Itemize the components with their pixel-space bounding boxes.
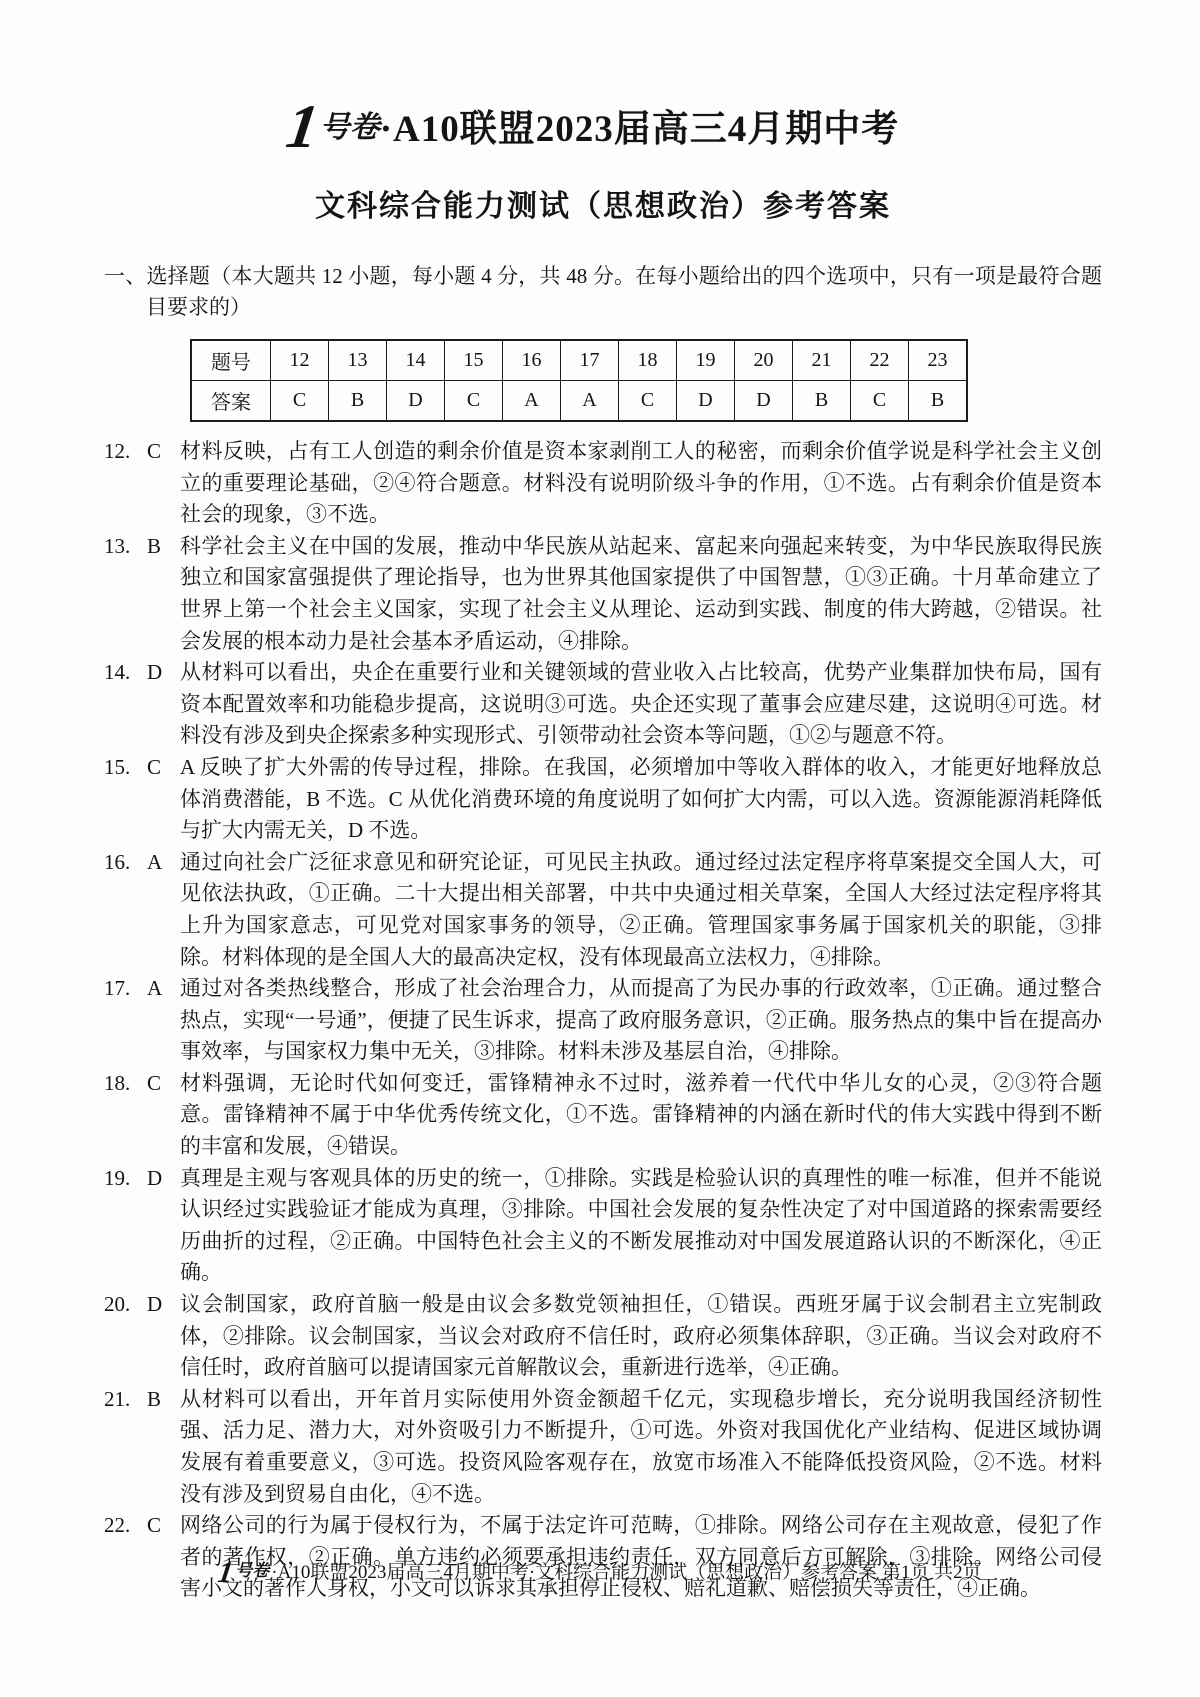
- explanation-number: 20.: [104, 1289, 147, 1384]
- answer-row: 答案 C B D C A A C D D B C B: [191, 381, 967, 422]
- explanation-answer: B: [147, 1384, 180, 1510]
- answer-cell: B: [793, 381, 851, 422]
- explanation-answer: D: [147, 657, 180, 752]
- explanation-text: 材料强调，无论时代如何变迁，雷锋精神永不过时，滋养着一代代中华儿女的心灵，②③符…: [180, 1068, 1102, 1163]
- explanation-list: 12. C 材料反映，占有工人创造的剩余价值是资本家剥削工人的秘密，而剩余价值学…: [104, 436, 1102, 1605]
- answer-cell: D: [677, 381, 735, 422]
- question-number-cell: 12: [271, 340, 329, 381]
- footer-logo-numeral: 1: [216, 1556, 236, 1590]
- explanation-answer: C: [147, 752, 180, 847]
- explanation-number: 15.: [104, 752, 147, 847]
- explanation-item: 16. A 通过向社会广泛征求意见和研究论证，可见民主执政。通过经过法定程序将草…: [104, 847, 1102, 973]
- explanation-text: 材料反映，占有工人创造的剩余价值是资本家剥削工人的秘密，而剩余价值学说是科学社会…: [180, 436, 1102, 531]
- question-number-row: 题号 12 13 14 15 16 17 18 19 20 21 22 23: [191, 340, 967, 381]
- footer-text: ·A10联盟2023届高三4月期中考·文科综合能力测试（思想政治）参考答案 第1…: [271, 1562, 981, 1583]
- explanation-number: 13.: [104, 531, 147, 657]
- explanation-answer: C: [147, 436, 180, 531]
- explanation-number: 14.: [104, 657, 147, 752]
- answer-cell: C: [851, 381, 909, 422]
- question-number-cell: 17: [561, 340, 619, 381]
- explanation-number: 21.: [104, 1384, 147, 1510]
- section-heading: 一、选择题（本大题共 12 小题，每小题 4 分，共 48 分。在每小题给出的四…: [104, 261, 1102, 323]
- answer-cell: B: [329, 381, 387, 422]
- footer-logo-text: 号卷: [235, 1556, 269, 1581]
- explanation-number: 17.: [104, 973, 147, 1068]
- answer-cell: C: [445, 381, 503, 422]
- answer-cell: A: [561, 381, 619, 422]
- explanation-text: A 反映了扩大外需的传导过程，排除。在我国，必须增加中等收入群体的收入，才能更好…: [180, 752, 1102, 847]
- explanation-answer: D: [147, 1289, 180, 1384]
- question-number-cell: 23: [909, 340, 968, 381]
- explanation-item: 21. B 从材料可以看出，开年首月实际使用外资金额超千亿元，实现稳步增长，充分…: [104, 1384, 1102, 1510]
- answer-cell: C: [271, 381, 329, 422]
- explanation-text: 真理是主观与客观具体的历史的统一，①排除。实践是检验认识的真理性的唯一标准，但并…: [180, 1163, 1102, 1289]
- explanation-item: 12. C 材料反映，占有工人创造的剩余价值是资本家剥削工人的秘密，而剩余价值学…: [104, 436, 1102, 531]
- brand-logo-text: 号卷: [320, 102, 380, 146]
- brand-logo-numeral: 1: [282, 92, 323, 163]
- question-number-cell: 20: [735, 340, 793, 381]
- question-number-cell: 15: [445, 340, 503, 381]
- page-footer: 1号卷·A10联盟2023届高三4月期中考·文科综合能力测试（思想政治）参考答案…: [0, 1556, 1200, 1590]
- page-title-text: ·A10联盟2023届高三4月期中考: [380, 109, 900, 150]
- explanation-item: 20. D 议会制国家，政府首脑一般是由议会多数党领袖担任，①错误。西班牙属于议…: [104, 1289, 1102, 1384]
- explanation-item: 19. D 真理是主观与客观具体的历史的统一，①排除。实践是检验认识的真理性的唯…: [104, 1163, 1102, 1289]
- explanation-answer: A: [147, 847, 180, 973]
- question-number-cell: 13: [329, 340, 387, 381]
- explanation-text: 科学社会主义在中国的发展，推动中华民族从站起来、富起来向强起来转变，为中华民族取…: [180, 531, 1102, 657]
- explanation-number: 19.: [104, 1163, 147, 1289]
- question-number-cell: 21: [793, 340, 851, 381]
- page-subtitle: 文科综合能力测试（思想政治）参考答案: [104, 181, 1102, 225]
- explanation-number: 18.: [104, 1068, 147, 1163]
- question-number-cell: 14: [387, 340, 445, 381]
- explanation-number: 12.: [104, 436, 147, 531]
- row-label: 题号: [191, 340, 271, 381]
- explanation-item: 17. A 通过对各类热线整合，形成了社会治理合力，从而提高了为民办事的行政效率…: [104, 973, 1102, 1068]
- explanation-answer: D: [147, 1163, 180, 1289]
- explanation-answer: B: [147, 531, 180, 657]
- explanation-answer: A: [147, 973, 180, 1068]
- question-number-cell: 16: [503, 340, 561, 381]
- explanation-text: 通过对各类热线整合，形成了社会治理合力，从而提高了为民办事的行政效率，①正确。通…: [180, 973, 1102, 1068]
- page-title: 1号卷·A10联盟2023届高三4月期中考: [84, 92, 1102, 163]
- explanation-text: 从材料可以看出，央企在重要行业和关键领域的营业收入占比较高，优势产业集群加快布局…: [180, 657, 1102, 752]
- question-number-cell: 19: [677, 340, 735, 381]
- document-page: 1号卷·A10联盟2023届高三4月期中考 文科综合能力测试（思想政治）参考答案…: [0, 0, 1200, 1697]
- question-number-cell: 18: [619, 340, 677, 381]
- explanation-answer: C: [147, 1068, 180, 1163]
- explanation-item: 14. D 从材料可以看出，央企在重要行业和关键领域的营业收入占比较高，优势产业…: [104, 657, 1102, 752]
- answer-cell: C: [619, 381, 677, 422]
- explanation-text: 从材料可以看出，开年首月实际使用外资金额超千亿元，实现稳步增长，充分说明我国经济…: [180, 1384, 1102, 1510]
- explanation-number: 16.: [104, 847, 147, 973]
- explanation-item: 15. C A 反映了扩大外需的传导过程，排除。在我国，必须增加中等收入群体的收…: [104, 752, 1102, 847]
- explanation-item: 13. B 科学社会主义在中国的发展，推动中华民族从站起来、富起来向强起来转变，…: [104, 531, 1102, 657]
- explanation-item: 18. C 材料强调，无论时代如何变迁，雷锋精神永不过时，滋养着一代代中华儿女的…: [104, 1068, 1102, 1163]
- answer-cell: D: [735, 381, 793, 422]
- answer-table: 题号 12 13 14 15 16 17 18 19 20 21 22 23 答…: [190, 339, 968, 422]
- row-label: 答案: [191, 381, 271, 422]
- explanation-text: 议会制国家，政府首脑一般是由议会多数党领袖担任，①错误。西班牙属于议会制君主立宪…: [180, 1289, 1102, 1384]
- answer-cell: D: [387, 381, 445, 422]
- explanation-text: 通过向社会广泛征求意见和研究论证，可见民主执政。通过经过法定程序将草案提交全国人…: [180, 847, 1102, 973]
- answer-cell: B: [909, 381, 968, 422]
- answer-cell: A: [503, 381, 561, 422]
- question-number-cell: 22: [851, 340, 909, 381]
